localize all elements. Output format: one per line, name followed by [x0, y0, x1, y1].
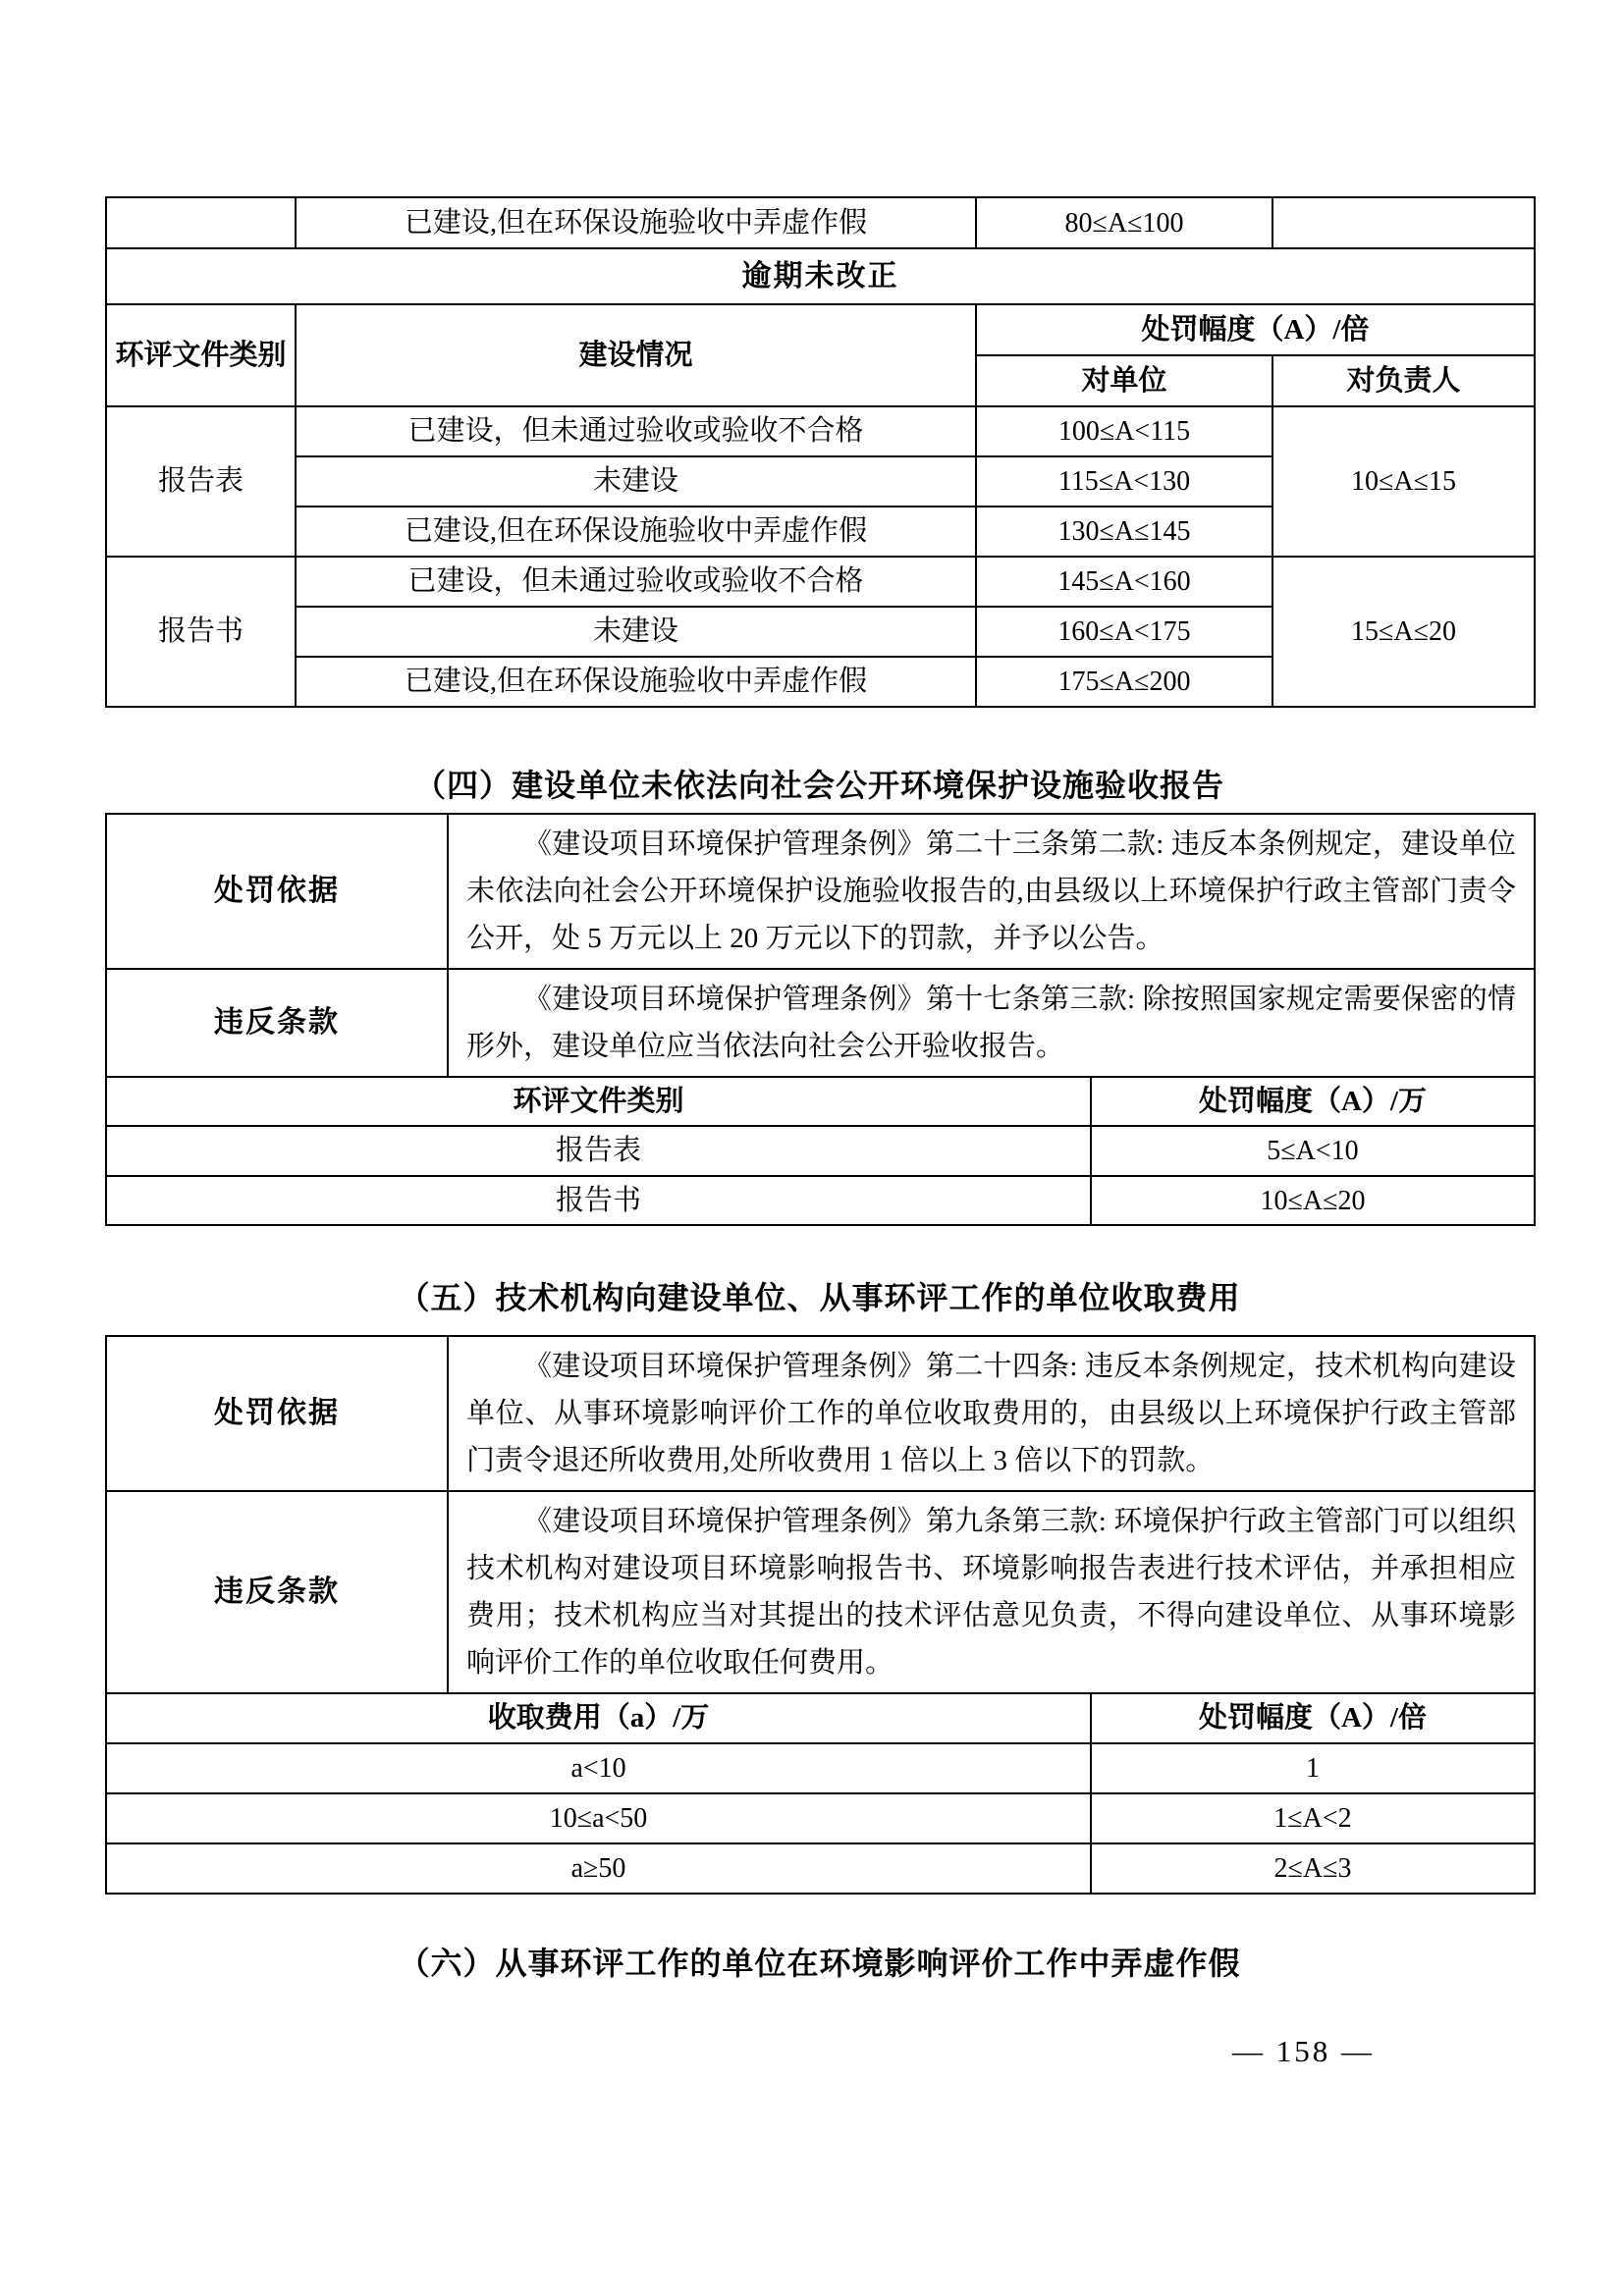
doc-type-cell: 报告表: [106, 1126, 1091, 1176]
section-6-heading: （六）从事环评工作的单位在环境影响评价工作中弄虚作假: [105, 1942, 1534, 1985]
table-row: 处罚依据 《建设项目环境保护管理条例》第二十四条: 违反本条例规定，技术机构向建…: [106, 1336, 1535, 1491]
violation-clause-label: 违反条款: [106, 1491, 448, 1693]
situation-cell: 已建设,但在环保设施验收中弄虚作假: [296, 197, 976, 248]
header-penalty: 处罚幅度（A）/倍: [1091, 1693, 1535, 1743]
section-5-heading: （五）技术机构向建设单位、从事环评工作的单位收取费用: [105, 1276, 1534, 1319]
document-page: 已建设,但在环保设施验收中弄虚作假 80≤A≤100 逾期未改正 环评文件类别 …: [0, 0, 1624, 2296]
table-row: 环评文件类别 建设情况 处罚幅度（A）/倍: [106, 304, 1535, 355]
section-4-heading: （四）建设单位未依法向社会公开环境保护设施验收报告: [105, 764, 1534, 807]
table-row: 报告书 10≤A≤20: [106, 1176, 1535, 1225]
situation-cell: 已建设，但未通过验收或验收不合格: [296, 406, 976, 456]
situation-cell: 未建设: [296, 607, 976, 657]
unit-range-cell: 145≤A<160: [976, 557, 1272, 607]
overdue-penalty-table: 已建设,但在环保设施验收中弄虚作假 80≤A≤100 逾期未改正 环评文件类别 …: [105, 196, 1536, 708]
responsible-range-cell: 15≤A≤20: [1272, 557, 1535, 707]
table-row: 处罚依据 《建设项目环境保护管理条例》第二十三条第二款: 违反本条例规定，建设单…: [106, 814, 1535, 969]
table-row: a≥50 2≤A≤3: [106, 1843, 1535, 1894]
header-penalty: 处罚幅度（A）/万: [1091, 1077, 1535, 1126]
table-row: 收取费用（a）/万 处罚幅度（A）/倍: [106, 1693, 1535, 1743]
violation-clause-label: 违反条款: [106, 969, 448, 1077]
penalty-range-cell: 2≤A≤3: [1091, 1843, 1535, 1894]
penalty-basis-label: 处罚依据: [106, 814, 448, 969]
section-5-table: 处罚依据 《建设项目环境保护管理条例》第二十四条: 违反本条例规定，技术机构向建…: [105, 1335, 1536, 1895]
responsible-range-cell: 10≤A≤15: [1272, 406, 1535, 557]
table-row: 逾期未改正: [106, 248, 1535, 304]
table-row: 10≤a<50 1≤A<2: [106, 1793, 1535, 1843]
table-row: 报告表 5≤A<10: [106, 1126, 1535, 1176]
situation-cell: 未建设: [296, 456, 976, 507]
penalty-range-cell: 1≤A<2: [1091, 1793, 1535, 1843]
situation-cell: 已建设,但在环保设施验收中弄虚作假: [296, 657, 976, 707]
table-row: 已建设,但在环保设施验收中弄虚作假 80≤A≤100: [106, 197, 1535, 248]
table-row: 违反条款 《建设项目环境保护管理条例》第九条第三款: 环境保护行政主管部门可以组…: [106, 1491, 1535, 1693]
table-row: a<10 1: [106, 1743, 1535, 1793]
situation-cell: 已建设，但未通过验收或验收不合格: [296, 557, 976, 607]
header-doc-type: 环评文件类别: [106, 304, 296, 406]
fee-range-cell: a≥50: [106, 1843, 1091, 1894]
table-row: 违反条款 《建设项目环境保护管理条例》第十七条第三款: 除按照国家规定需要保密的…: [106, 969, 1535, 1077]
table-row: 报告表 已建设，但未通过验收或验收不合格 100≤A<115 10≤A≤15: [106, 406, 1535, 456]
unit-range-cell: 160≤A<175: [976, 607, 1272, 657]
header-unit: 对单位: [976, 355, 1272, 406]
penalty-range-cell: 1: [1091, 1743, 1535, 1793]
penalty-range-cell: 5≤A<10: [1091, 1126, 1535, 1176]
penalty-basis-text: 《建设项目环境保护管理条例》第二十四条: 违反本条例规定，技术机构向建设单位、从…: [448, 1336, 1535, 1491]
violation-clause-text: 《建设项目环境保护管理条例》第十七条第三款: 除按照国家规定需要保密的情形外，建…: [448, 969, 1535, 1077]
penalty-basis-text: 《建设项目环境保护管理条例》第二十三条第二款: 违反本条例规定，建设单位未依法向…: [448, 814, 1535, 969]
header-situation: 建设情况: [296, 304, 976, 406]
unit-range-cell: 115≤A<130: [976, 456, 1272, 507]
table-row: 报告书 已建设，但未通过验收或验收不合格 145≤A<160 15≤A≤20: [106, 557, 1535, 607]
overdue-banner: 逾期未改正: [106, 248, 1535, 304]
header-fee: 收取费用（a）/万: [106, 1693, 1091, 1743]
unit-range-cell: 130≤A≤145: [976, 507, 1272, 557]
unit-range-cell: 175≤A≤200: [976, 657, 1272, 707]
doc-type-cell: 报告书: [106, 1176, 1091, 1225]
situation-cell: 已建设,但在环保设施验收中弄虚作假: [296, 507, 976, 557]
fee-range-cell: a<10: [106, 1743, 1091, 1793]
penalty-basis-label: 处罚依据: [106, 1336, 448, 1491]
page-number: — 158 —: [1232, 2034, 1375, 2069]
penalty-range-cell: 10≤A≤20: [1091, 1176, 1535, 1225]
unit-range-cell: 80≤A≤100: [976, 197, 1272, 248]
doc-type-cell: 报告表: [106, 406, 296, 557]
header-doc-type: 环评文件类别: [106, 1077, 1091, 1126]
fee-range-cell: 10≤a<50: [106, 1793, 1091, 1843]
empty-cell: [1272, 197, 1535, 248]
header-penalty: 处罚幅度（A）/倍: [976, 304, 1535, 355]
unit-range-cell: 100≤A<115: [976, 406, 1272, 456]
table-row: 环评文件类别 处罚幅度（A）/万: [106, 1077, 1535, 1126]
doc-type-cell: 报告书: [106, 557, 296, 707]
section-4-table: 处罚依据 《建设项目环境保护管理条例》第二十三条第二款: 违反本条例规定，建设单…: [105, 813, 1536, 1226]
violation-clause-text: 《建设项目环境保护管理条例》第九条第三款: 环境保护行政主管部门可以组织技术机构…: [448, 1491, 1535, 1693]
header-responsible: 对负责人: [1272, 355, 1535, 406]
empty-cell: [106, 197, 296, 248]
